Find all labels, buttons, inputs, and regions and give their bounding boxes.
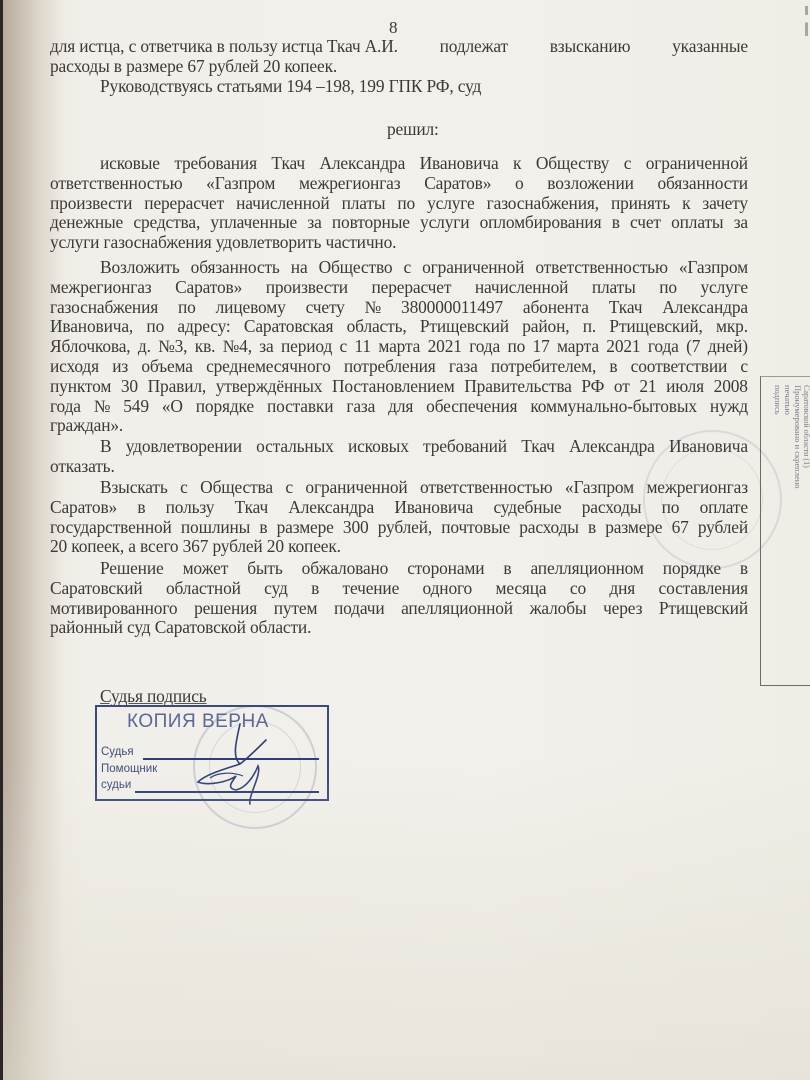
word: размере	[605, 518, 662, 538]
word: по	[146, 317, 164, 337]
word: с	[404, 258, 412, 278]
stamp-assistant-label-2: судьи	[101, 779, 131, 791]
word: по	[178, 298, 196, 318]
word: 2008	[714, 377, 748, 397]
word: услуге	[427, 194, 475, 214]
word: «Газпром	[679, 258, 748, 278]
word: обеспечения	[426, 397, 517, 417]
word: соответствии	[631, 357, 727, 377]
word: межрегионгаз	[50, 278, 152, 298]
word: к	[682, 194, 690, 214]
stamp-title: КОПИЯ ВЕРНА	[127, 711, 269, 733]
word: среднемесячного	[206, 357, 331, 377]
word: №	[94, 397, 110, 417]
word: 2021	[428, 337, 462, 357]
word: с	[624, 154, 632, 174]
word: ответственностью	[535, 258, 667, 278]
staple-marks	[805, 6, 808, 36]
word: за	[307, 213, 321, 233]
word: счет	[630, 213, 661, 233]
text-line: ВозложитьобязанностьнаОбществосограничен…	[50, 258, 748, 278]
word: одного	[423, 579, 473, 599]
text-line: произвестиперерасчетначисленнойплатыпоус…	[50, 194, 748, 214]
word: 549	[123, 397, 149, 417]
word: Саратовский	[50, 579, 143, 599]
word: 300	[343, 518, 369, 538]
word: №	[365, 298, 381, 318]
word: Саратовская	[244, 317, 333, 337]
text-line: Ивановича,поадресу:Саратовскаяобласть,Рт…	[50, 317, 748, 337]
word: расходы	[519, 518, 579, 538]
paragraph-refusal: Вудовлетворенииостальныхисковыхтребовани…	[50, 437, 748, 477]
word: мкр.	[716, 317, 748, 337]
word: «Газпром	[565, 478, 634, 498]
word: принять	[611, 194, 670, 214]
word: пошлины	[181, 518, 250, 538]
word: дня	[609, 579, 635, 599]
word: путем	[274, 599, 318, 619]
word: в	[259, 518, 267, 538]
word: апелляционном	[530, 559, 643, 579]
word: в	[588, 518, 596, 538]
word: Правил,	[148, 377, 206, 397]
text-line: районный суд Саратовской области.	[50, 618, 748, 638]
word: д.	[138, 337, 151, 357]
word: коммунально-бытовых	[530, 397, 697, 417]
word: Общество	[319, 258, 393, 278]
guided-by-line: Руководствуясь статьями 194 –198, 199 ГП…	[50, 77, 748, 97]
text-line: Яблочкова,д.№3,кв.№4,запериодс11марта202…	[50, 337, 748, 357]
copy-certified-stamp: КОПИЯ ВЕРНА Судья Помощник судьи	[95, 705, 329, 801]
text-line: мотивированногорешенияпутемподачиапелляц…	[50, 599, 748, 619]
margin-stamp-line-2: печатью	[783, 385, 793, 415]
judge-signature-label: Судья подпись	[100, 687, 207, 707]
word: газоснабжения	[50, 298, 158, 318]
text-line: исходяизобъемасреднемесячногопотребления…	[50, 357, 748, 377]
word: жалобы	[530, 599, 587, 619]
word: в	[609, 357, 617, 377]
text-line: Саратовскийобластнойсудвтечениеодногомес…	[50, 579, 748, 599]
word: Яблочкова,	[50, 337, 131, 357]
word: объема	[141, 357, 193, 377]
word: решения	[194, 599, 257, 619]
word: Александра	[662, 298, 748, 318]
word: 11	[355, 337, 371, 357]
text-line: ВзыскатьсОбществасограниченнойответствен…	[50, 478, 748, 498]
word: ограниченной	[646, 154, 748, 174]
word: повторные	[332, 213, 410, 233]
word: Решение	[100, 559, 164, 579]
word: требований	[423, 437, 507, 457]
word: адресу:	[177, 317, 230, 337]
word: июля	[666, 377, 704, 397]
word: обжаловано	[302, 559, 389, 579]
word: Ткач	[609, 298, 643, 318]
word: к	[513, 154, 521, 174]
page-number: 8	[389, 18, 397, 38]
text-line: услуги газоснабжения удовлетворить части…	[50, 233, 748, 253]
stamp-judge-label: Судья	[101, 746, 134, 758]
word: (7	[686, 337, 700, 357]
word: пунктом	[50, 377, 111, 397]
word: исковых	[348, 437, 409, 457]
intro-line-2: расходы в размере 67 рублей 20 копеек.	[50, 57, 748, 77]
word: ограниченной	[422, 258, 524, 278]
word: сторонами	[407, 559, 484, 579]
word: требования	[174, 154, 257, 174]
word: с	[740, 357, 748, 377]
word: Ткач	[521, 437, 555, 457]
text-line: государственнойпошлинывразмере300рублей,…	[50, 518, 748, 538]
word: кв.	[195, 337, 216, 357]
word: Ткач	[235, 498, 269, 518]
word: областной	[166, 579, 241, 599]
text-line: газоснабженияполицевомусчету№38000001149…	[50, 298, 748, 318]
word: со	[570, 579, 586, 599]
word: судебные	[493, 498, 561, 518]
word: п.	[583, 317, 596, 337]
margin-stamp-line-3: подпись	[773, 385, 783, 415]
word: Постановлением	[332, 377, 455, 397]
word: 21	[639, 377, 656, 397]
word: Саратов»	[424, 174, 491, 194]
word: года	[648, 337, 679, 357]
word: о	[515, 174, 524, 194]
word: рублей	[698, 518, 748, 538]
word: в	[503, 559, 511, 579]
word: Ртищевский	[659, 599, 748, 619]
word: оплаты	[671, 213, 723, 233]
intro-paragraph: для истца, с ответчика в пользу истца Тк…	[50, 37, 748, 96]
word: марта	[378, 337, 420, 357]
word: ограниченной	[305, 478, 407, 498]
word: Обществу	[536, 154, 609, 174]
word: быть	[247, 559, 282, 579]
word: район,	[522, 317, 569, 337]
word: года	[50, 397, 81, 417]
word: в	[137, 498, 145, 518]
word: В	[100, 437, 111, 457]
word: течение	[343, 579, 400, 599]
word: утверждённых	[216, 377, 323, 397]
word: область,	[347, 317, 407, 337]
word: года	[469, 337, 500, 357]
text-line: Саратов»впользуТкачАлександраИвановичасу…	[50, 498, 748, 518]
word: газоснабжения,	[487, 194, 599, 214]
word: Ртищевский,	[609, 317, 702, 337]
word: дней)	[708, 337, 748, 357]
word: Ткач	[271, 154, 305, 174]
word: Ивановича,	[50, 317, 133, 337]
word: Саратов»	[50, 498, 117, 518]
word: с	[180, 478, 188, 498]
word: ответственностью	[420, 478, 552, 498]
word: Взыскать	[100, 478, 168, 498]
word: расходы	[582, 498, 642, 518]
word: нужд	[710, 397, 748, 417]
word: порядке	[663, 559, 721, 579]
text-line: отказать.	[50, 457, 748, 477]
text-line: граждан».	[50, 416, 748, 436]
word: Ивановича	[669, 437, 748, 457]
word: по	[397, 194, 415, 214]
decision-heading: решил:	[387, 120, 439, 140]
word: межрегионгаз	[299, 174, 401, 194]
word: почтовые	[441, 518, 510, 538]
word: перерасчет	[144, 194, 224, 214]
word: по	[659, 278, 677, 298]
text-line: исковыетребованияТкачАлександраИвановича…	[50, 154, 748, 174]
word: услуги	[420, 213, 469, 233]
word: на	[291, 258, 308, 278]
word: по	[662, 498, 680, 518]
stamp-assistant-line	[135, 791, 319, 793]
word: зачету	[702, 194, 748, 214]
word: произвести	[266, 278, 348, 298]
word: пользу	[166, 498, 215, 518]
word: в	[740, 559, 748, 579]
word: мотивированного	[50, 599, 177, 619]
word: Общества	[200, 478, 273, 498]
paragraph-appeal: Решениеможетбытьобжалованосторонамивапел…	[50, 559, 748, 638]
word: №3,	[158, 337, 187, 357]
word: Александра	[288, 498, 374, 518]
text-line: Вудовлетворенииостальныхисковыхтребовани…	[50, 437, 748, 457]
word: опломбирования	[480, 213, 602, 233]
word: счету	[306, 298, 345, 318]
word: платы	[592, 278, 636, 298]
stamp-assistant-label: Помощник	[101, 763, 157, 775]
word: для	[388, 397, 413, 417]
stamp-judge-line	[143, 758, 319, 760]
word: государственной	[50, 518, 172, 538]
word: №4,	[223, 337, 252, 357]
word: из	[112, 357, 128, 377]
text-line: денежныесредства,уплаченныезаповторныеус…	[50, 213, 748, 233]
word: составления	[659, 579, 748, 599]
word: денежные	[50, 213, 123, 233]
text-line: межрегионгазСаратов»произвестиперерасчет…	[50, 278, 748, 298]
word: Александра	[569, 437, 655, 457]
text-line: Решениеможетбытьобжалованосторонамивапел…	[50, 559, 748, 579]
word: обязанность	[191, 258, 280, 278]
paragraph-partial-satisfaction: исковыетребованияТкачАлександраИвановича…	[50, 154, 748, 253]
word: Александра	[319, 154, 405, 174]
word: Саратов»	[175, 278, 242, 298]
word: 380000011497	[401, 298, 503, 318]
word: ответственностью	[50, 174, 182, 194]
word: газа	[449, 357, 478, 377]
word: потребителем,	[491, 357, 596, 377]
word: по	[507, 337, 525, 357]
word: Ртищевский	[420, 317, 509, 337]
word: перерасчет	[372, 278, 452, 298]
word: возложении	[547, 174, 634, 194]
text-line: пунктом30Правил,утверждённыхПостановлени…	[50, 377, 748, 397]
word: платы	[342, 194, 386, 214]
word: лицевому	[216, 298, 286, 318]
word: может	[183, 559, 229, 579]
word: 2021	[606, 337, 640, 357]
word: средства,	[133, 213, 200, 233]
word: Ивановича	[420, 154, 499, 174]
word: суд	[264, 579, 288, 599]
word: межрегионгаз	[646, 478, 748, 498]
paragraph-recalculation: ВозложитьобязанностьнаОбществосограничен…	[50, 258, 748, 436]
word: «О	[162, 397, 183, 417]
word: РФ	[581, 377, 604, 397]
word: в	[612, 213, 620, 233]
word: в	[311, 579, 319, 599]
word: начисленной	[236, 194, 329, 214]
word: оплате	[700, 498, 748, 518]
word: исковые	[100, 154, 160, 174]
word: марта	[557, 337, 599, 357]
word: рублей,	[378, 518, 432, 538]
word: услуге	[700, 278, 748, 298]
word: обязанности	[658, 174, 748, 194]
text-line: года№549«Опорядкепоставкигазадляобеспече…	[50, 397, 748, 417]
word: за	[734, 213, 748, 233]
word: с	[340, 337, 348, 357]
word: порядке	[196, 397, 254, 417]
word: исходя	[50, 357, 99, 377]
word: Возложить	[100, 258, 180, 278]
word: начисленной	[475, 278, 568, 298]
text-line: 20 копеек, а всего 367 рублей 20 копеек.	[50, 537, 748, 557]
word: апелляционной	[401, 599, 513, 619]
word: за	[259, 337, 273, 357]
word: с	[285, 478, 293, 498]
word: потребления	[344, 357, 436, 377]
text-line: ответственностью«ГазпроммежрегионгазСара…	[50, 174, 748, 194]
word: удовлетворении	[126, 437, 242, 457]
word: 30	[121, 377, 138, 397]
paragraph-costs-recovery: ВзыскатьсОбществасограниченнойответствен…	[50, 478, 748, 557]
word: подачи	[334, 599, 385, 619]
word: месяца	[495, 579, 546, 599]
word: через	[603, 599, 642, 619]
word: Правительства	[464, 377, 572, 397]
word: период	[281, 337, 332, 357]
word: Ивановича	[394, 498, 473, 518]
word: произвести	[50, 194, 132, 214]
word: уплаченные	[210, 213, 297, 233]
word: остальных	[256, 437, 333, 457]
word: абонента	[523, 298, 589, 318]
word: от	[614, 377, 630, 397]
word: 67	[672, 518, 689, 538]
word: 17	[533, 337, 550, 357]
margin-side-text: Саратовской области (1)	[802, 385, 810, 468]
document-page: 8 для истца, с ответчика в пользу истца …	[3, 0, 810, 1080]
word: поставки	[267, 397, 333, 417]
intro-line-1: для истца, с ответчика в пользу истца Тк…	[50, 37, 748, 57]
word: газа	[346, 397, 375, 417]
word: «Газпром	[206, 174, 275, 194]
word: размере	[277, 518, 334, 538]
